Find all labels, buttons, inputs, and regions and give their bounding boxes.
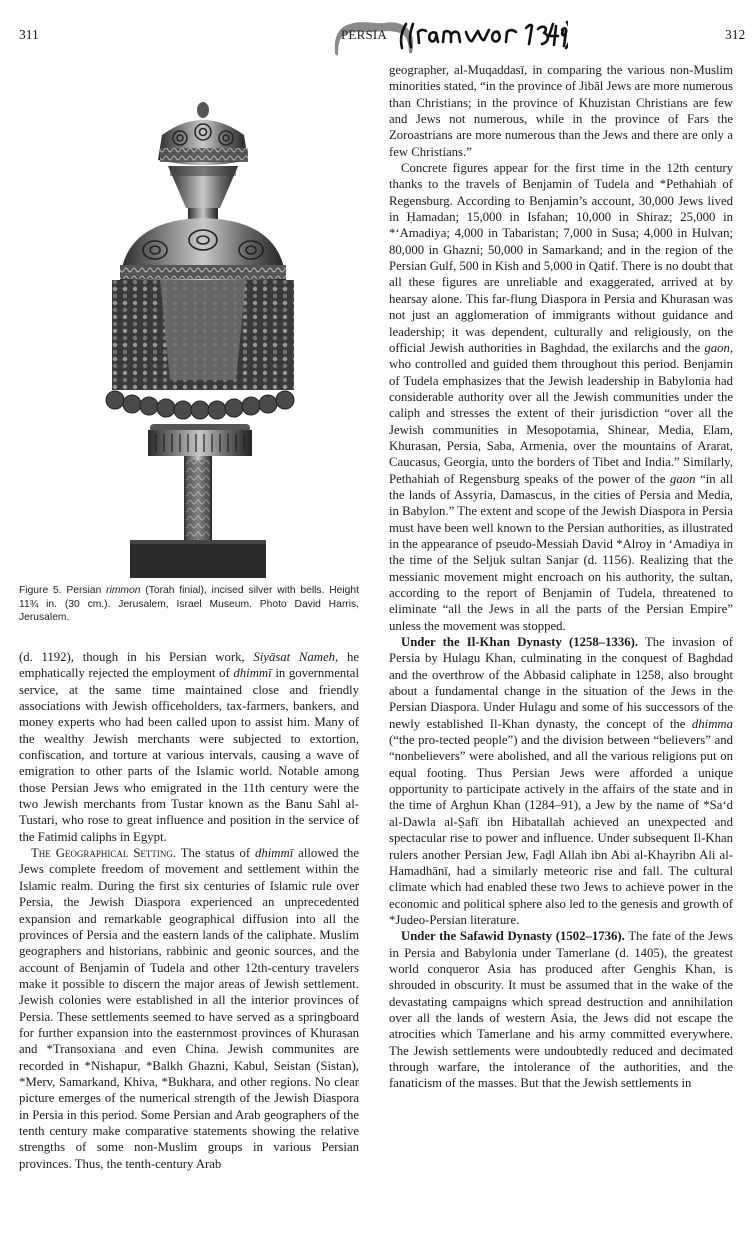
section-heading-safawid: Under the Safawid Dynasty (1502–1736).	[401, 929, 625, 943]
paragraph: Under the Il-Khan Dynasty (1258–1336). T…	[389, 634, 733, 928]
paragraph: Concrete figures appear for the first ti…	[389, 160, 733, 634]
rimmon-photograph	[100, 90, 300, 578]
handwritten-annotation	[398, 18, 568, 50]
left-column: (d. 1192), though in his Persian work, S…	[19, 649, 359, 1172]
section-heading-geographical-setting: The Geographical Setting.	[31, 846, 176, 860]
page-number-right: 312	[725, 27, 745, 43]
page-number-left: 311	[19, 27, 39, 43]
paragraph: (d. 1192), though in his Persian work, S…	[19, 649, 359, 845]
running-head: PERSIA	[341, 27, 387, 43]
paragraph: The Geographical Setting. The status of …	[19, 845, 359, 1172]
right-column: geographer, al-Muqaddasī, in comparing t…	[389, 62, 733, 1092]
section-heading-il-khan: Under the Il-Khan Dynasty (1258–1336).	[401, 635, 638, 649]
figure-caption: Figure 5. Persian rimmon (Torah finial),…	[19, 584, 359, 625]
paragraph: Under the Safawid Dynasty (1502–1736). T…	[389, 928, 733, 1091]
caption-label: Figure 5.	[19, 585, 62, 596]
paragraph: geographer, al-Muqaddasī, in comparing t…	[389, 62, 733, 160]
